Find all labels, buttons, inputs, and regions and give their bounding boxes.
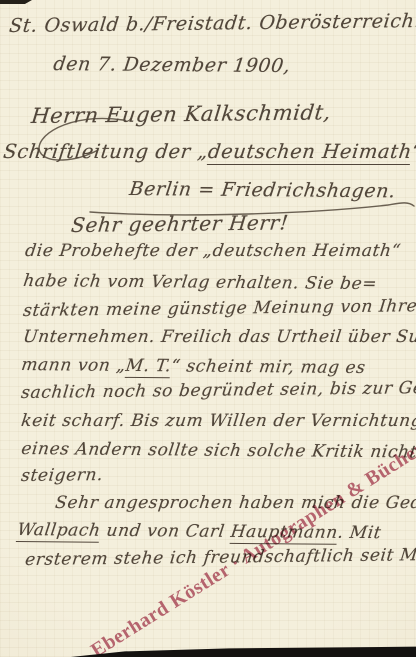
body-text: steigern. [20,465,104,486]
letter-scan: St. Oswald b./Freistadt. Oberösterreich.… [0,0,416,657]
handwriting-line: eines Andern sollte sich solche Kritik n… [20,440,416,463]
handwriting-line: mann von „M. T.“ scheint mir, mag es [20,356,367,379]
handwriting-line: keit scharf. Bis zum Willen der Vernicht… [20,412,416,432]
address-journal-line: Schriftleitung der „deutschen Heimath“. [2,141,416,163]
handwriting-line: habe ich vom Verlag erhalten. Sie be= [22,272,378,295]
scan-edge-artifact-top-left [0,0,32,4]
journal-name-underlined: deutschen Heimath [207,140,414,165]
place-line: St. Oswald b./Freistadt. Oberösterreich. [8,11,416,38]
body-text: mann von „ [20,355,127,376]
handwriting-line: sachlich noch so begründet sein, bis zur… [20,378,416,403]
body-text: keit scharf. Bis zum Willen der Vernicht… [20,411,416,431]
address-recipient-line: Herrn Eugen Kalkschmidt, [30,100,332,128]
poet-name-underlined: Wallpach [16,520,102,543]
body-text: “ scheint mir, mag es [170,356,367,378]
body-text: sachlich noch so begründet sein, bis zur… [20,377,416,403]
scan-edge-artifact-bottom [0,643,416,657]
body-text: eines Andern sollte sich solche Kritik n… [20,439,416,462]
body-text: und von Carl [99,521,232,542]
abbreviation-underlined: M. T. [124,356,172,378]
handwriting-line: stärkten meine günstige Meinung von Ihre… [22,297,416,322]
body-text: die Probehefte der „deutschen Heimath“ [24,241,402,261]
journal-line-prefix: Schriftleitung der „ [2,140,210,163]
date-line: den 7. Dezember 1900, [52,54,292,78]
body-text: Unternehmen. Freilich das Urtheil über S… [22,327,416,347]
handwriting-line: Wallpach und von Carl Hauptmann. Mit [16,521,382,544]
handwriting-line: Unternehmen. Freilich das Urtheil über S… [22,328,416,348]
body-text: habe ich vom Verlag erhalten. Sie be= [22,271,378,294]
address-city-line: Berlin = Friedrichshagen. [128,179,397,203]
handwriting-line: steigern. [20,466,104,487]
handwriting-line: die Probehefte der „deutschen Heimath“ [24,242,402,262]
body-text: stärkten meine günstige Meinung von Ihre… [22,296,416,321]
salutation-line: Sehr geehrter Herr! [70,211,290,237]
body-text: . Mit [336,523,382,543]
